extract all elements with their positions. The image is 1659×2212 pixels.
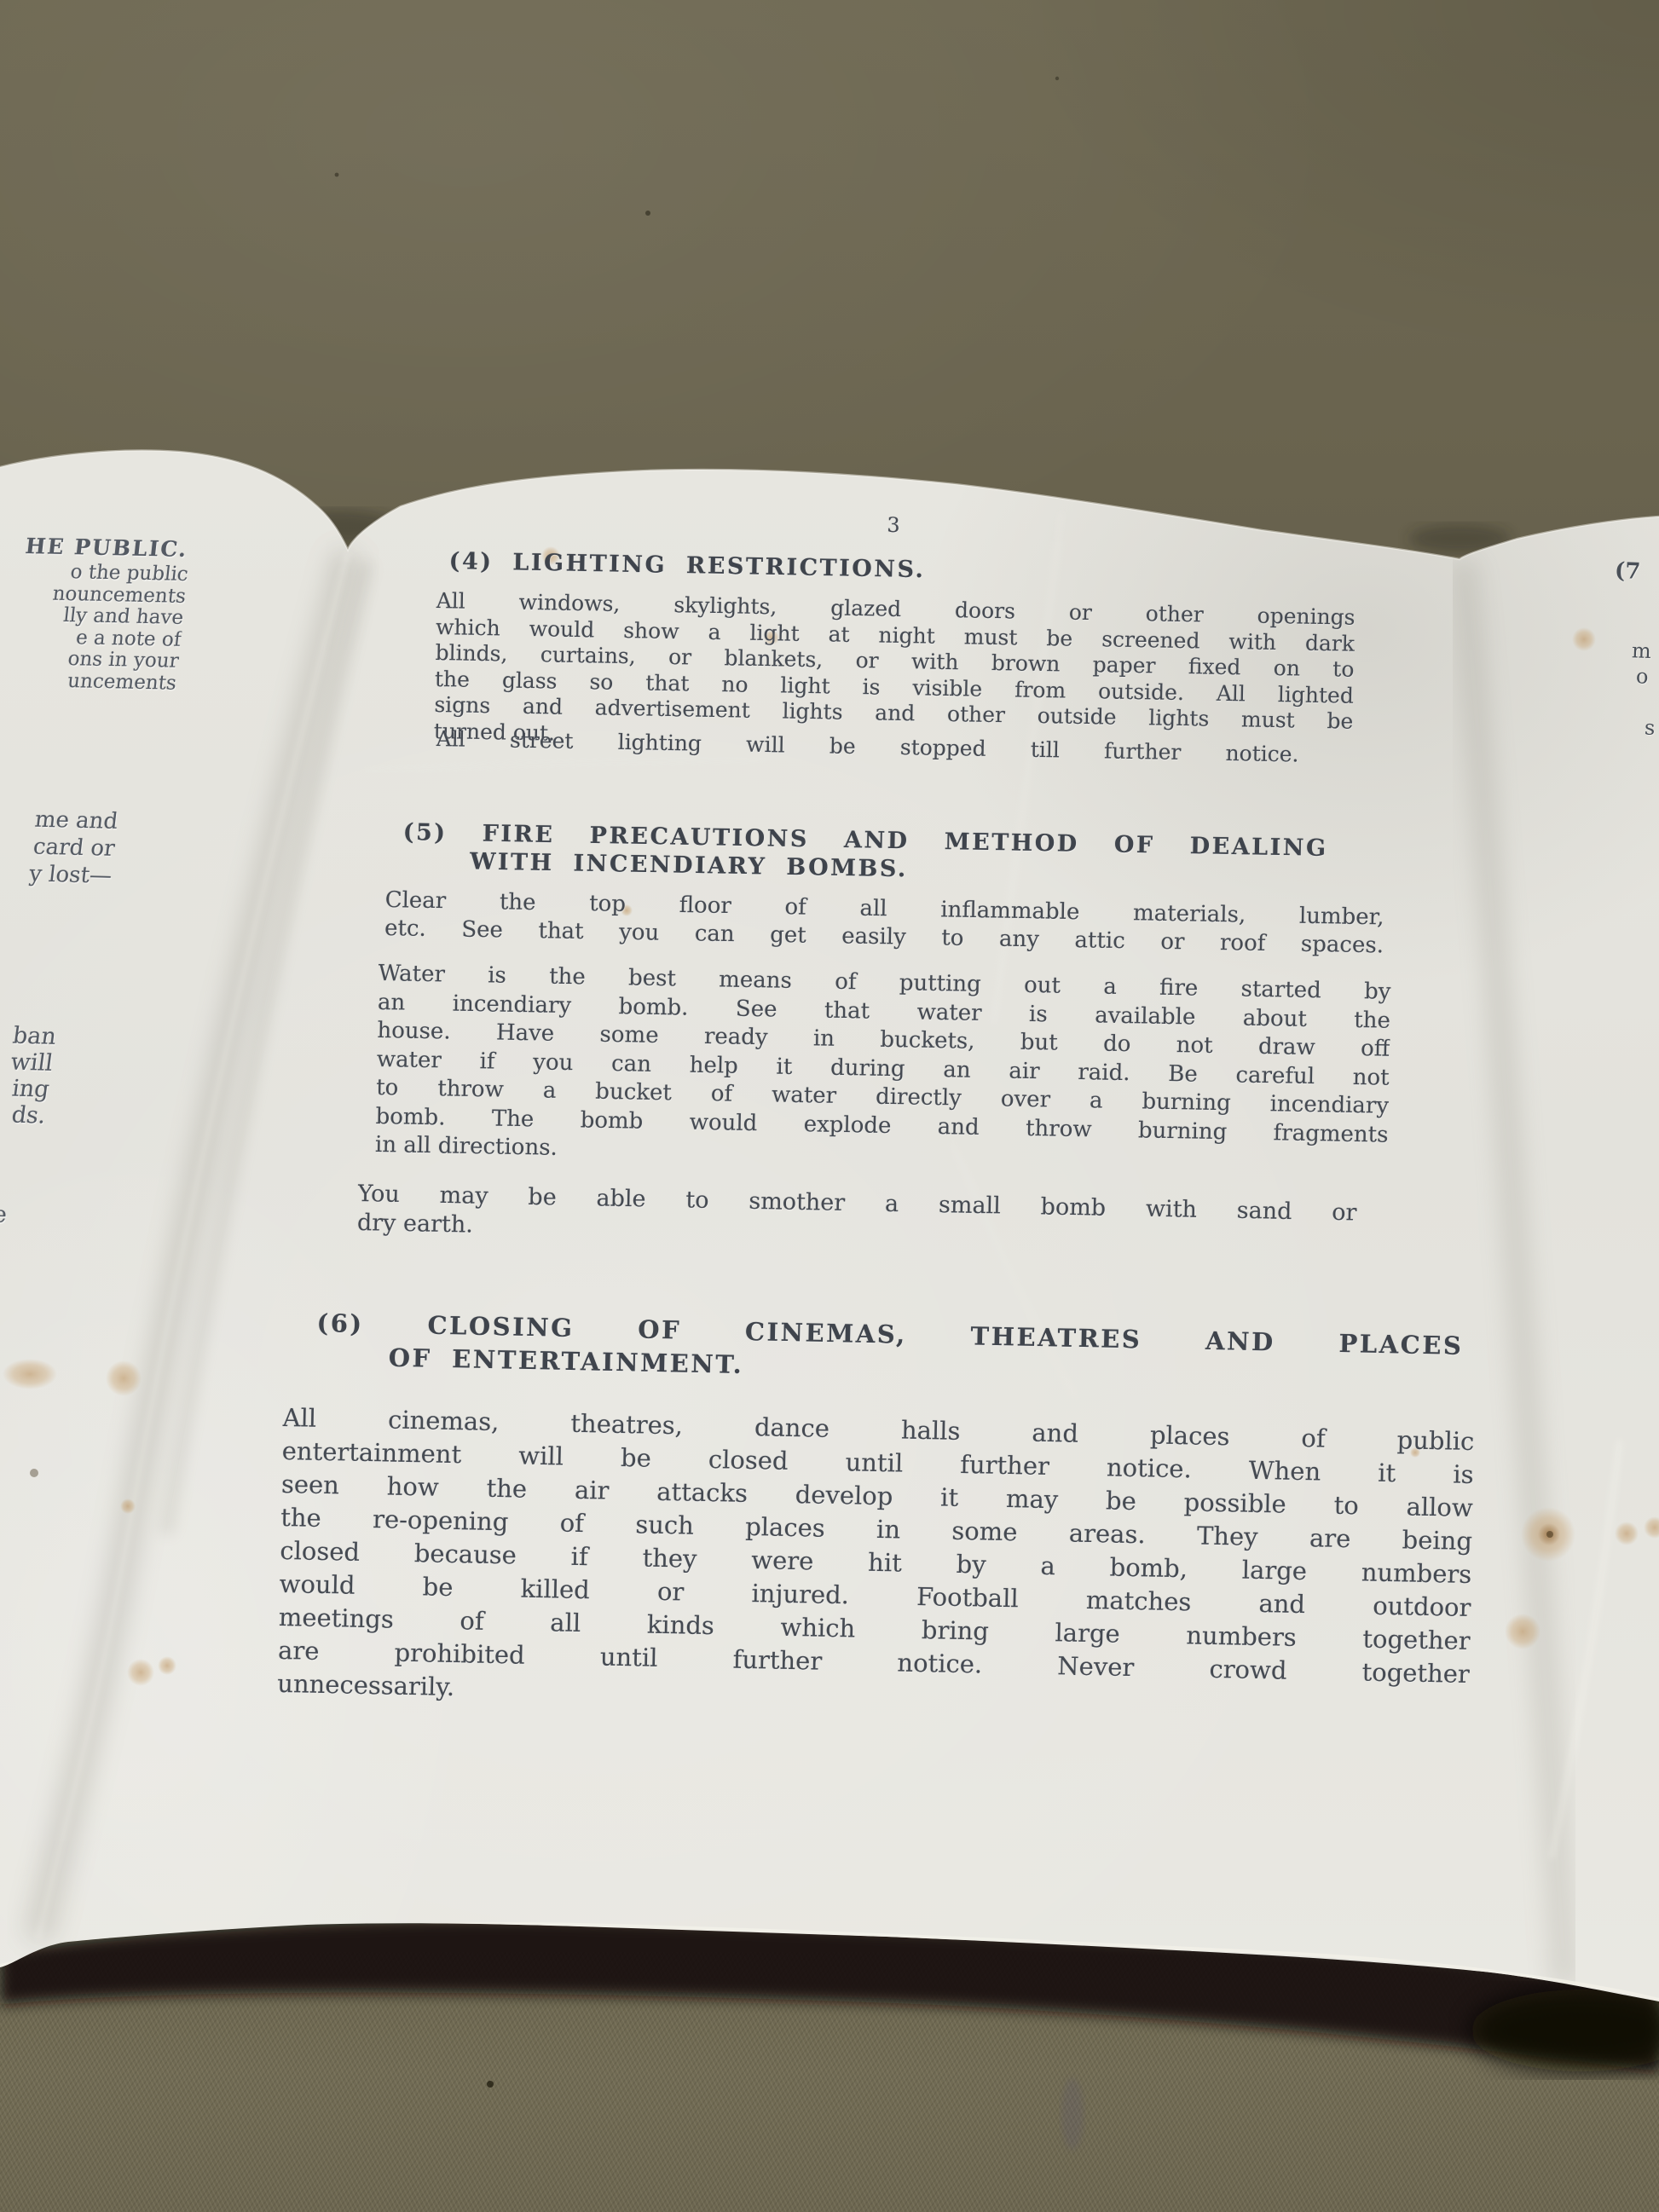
left-page-fragment-group-1: o the publicnouncementslly and havee a n… (0, 556, 189, 717)
section5-heading: (5) FIRE PRECAUTIONS AND METHOD OF DEALI… (402, 818, 1328, 891)
printed-text-layer: 3 (4) LIGHTING RESTRICTIONS. All windows… (0, 0, 1659, 2212)
right-page-fragment-m: m (1632, 638, 1659, 663)
text-line: me and (0, 800, 119, 835)
section4-heading: (4) LIGHTING RESTRICTIONS. (448, 548, 994, 585)
left-page-heading-fragment: HE PUBLIC. (0, 528, 189, 562)
left-page-fragment-group-4: e (0, 1202, 20, 1229)
section6-paragraph-1: All cinemas, theatres, dance halls and p… (277, 1401, 1475, 1724)
left-page-fragment-group-2: me andcard ory lost—their (0, 800, 119, 916)
section5-paragraph-3: You may be able to smother a small bomb … (357, 1180, 1357, 1256)
section5-paragraph-1: Clear the top floor of all inflammable m… (384, 887, 1384, 960)
photo-of-leaflet-on-fabric: 3 (4) LIGHTING RESTRICTIONS. All windows… (0, 0, 1659, 2212)
right-page-fragment-s: s (1645, 715, 1659, 740)
right-page-section7-fragment: (7 (1614, 558, 1659, 586)
left-page-fragment-group-3: banwillingds.ns (0, 1017, 58, 1156)
section5-paragraph-2: Water is the best means of putting out a… (375, 960, 1391, 1178)
page-number: 3 (871, 513, 916, 538)
text-line: ban (0, 1017, 58, 1050)
section6-heading: (6) CLOSING OF CINEMAS, THEATRES AND PLA… (315, 1307, 1463, 1395)
right-page-fragment-o: o (1636, 664, 1659, 689)
